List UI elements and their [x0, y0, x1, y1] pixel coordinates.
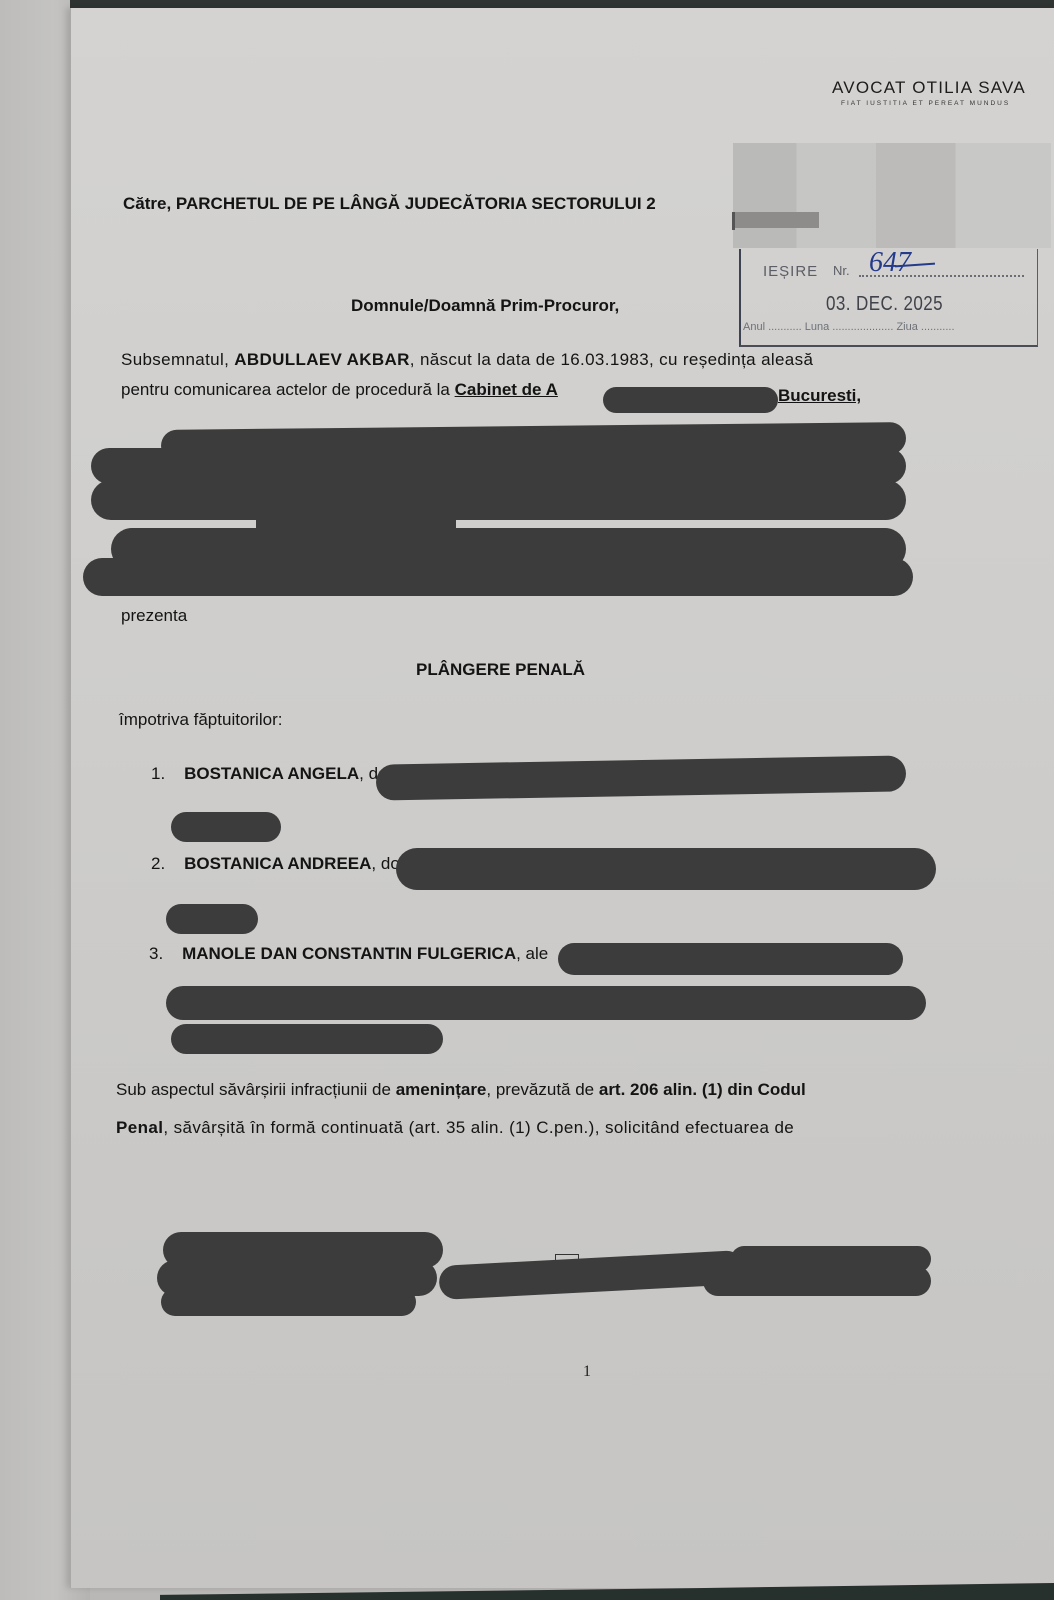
redaction-mark: [603, 387, 778, 413]
intro-birth-info: , născut la data de 16.03.1983, cu reșed…: [410, 350, 813, 369]
addressee-line: Către, PARCHETUL DE PE LÂNGĂ JUDECĂTORIA…: [123, 194, 656, 214]
charge-text: , prevăzută de: [486, 1080, 598, 1099]
text-cursor-bar: [732, 212, 735, 230]
list-number: 1.: [151, 764, 165, 783]
perpetrator-address-partial: , ale: [516, 944, 548, 963]
pixelated-redaction-dark: [733, 212, 819, 228]
intro-line-2: pentru comunicarea actelor de procedură …: [121, 380, 558, 400]
redaction-mark: [438, 1250, 744, 1300]
redaction-mark: [171, 1024, 443, 1054]
complainant-name: ABDULLAEV AKBAR: [234, 350, 410, 369]
letterhead-motto: FIAT IUSTITIA ET PEREAT MUNDUS: [841, 100, 1010, 107]
salutation: Domnule/Doamnă Prim-Procuror,: [351, 296, 619, 316]
perpetrator-item-2: 2. BOSTANICA ANDREEA, dom: [151, 854, 414, 874]
charge-text: , săvârșită în formă continuată (art. 35…: [163, 1118, 794, 1137]
list-number: 2.: [151, 854, 165, 873]
prezenta-text: prezenta: [121, 606, 187, 626]
document-title: PLÂNGERE PENALĂ: [416, 660, 585, 680]
intro-line-1: Subsemnatul, ABDULLAEV AKBAR, născut la …: [121, 350, 813, 370]
list-number: 3.: [149, 944, 163, 963]
stamp-date: 03. DEC. 2025: [826, 293, 943, 316]
legal-article: art. 206 alin. (1) din Codul: [599, 1080, 806, 1099]
addressee-prefix: Către,: [123, 194, 171, 213]
charge-text: Sub aspectul săvârșirii infracțiunii de: [116, 1080, 396, 1099]
charge-line-2: Penal, săvârșită în formă continuată (ar…: [116, 1118, 794, 1138]
redaction-mark: [166, 986, 926, 1020]
pixelated-redaction: [733, 143, 1051, 248]
stamp-label: IEȘIRE: [763, 263, 818, 280]
intro-procedure-text: pentru comunicarea actelor de procedură …: [121, 380, 450, 399]
perpetrator-name: MANOLE DAN CONSTANTIN FULGERICA: [182, 944, 516, 963]
office-name-partial: Cabinet de A: [455, 380, 558, 399]
redaction-mark: [161, 1288, 416, 1316]
page-number: 1: [583, 1363, 591, 1381]
redaction-mark: [91, 448, 906, 484]
redaction-mark: [171, 812, 281, 842]
redaction-mark: [91, 480, 906, 520]
redaction-mark: [83, 558, 913, 596]
against-label: împotriva făptuitorilor:: [119, 710, 282, 730]
perpetrator-item-3: 3. MANOLE DAN CONSTANTIN FULGERICA, ale: [149, 944, 548, 964]
stamp-date-labels: Anul ........... Luna ..................…: [743, 321, 955, 333]
addressee-institution: PARCHETUL DE PE LÂNGĂ JUDECĂTORIA SECTOR…: [176, 194, 656, 213]
redaction-mark: [396, 848, 936, 890]
intro-prefix: Subsemnatul,: [121, 350, 229, 369]
office-city: Bucuresti,: [778, 386, 861, 406]
offense-name: amenințare: [396, 1080, 487, 1099]
charge-line-1: Sub aspectul săvârșirii infracțiunii de …: [116, 1080, 806, 1100]
perpetrator-name: BOSTANICA ANGELA: [184, 764, 359, 783]
registry-stamp: IEȘIRE Nr. 647 03. DEC. 2025 Anul ......…: [739, 249, 1038, 347]
redaction-mark: [703, 1266, 931, 1296]
document-page: AVOCAT OTILIA SAVA FIAT IUSTITIA ET PERE…: [70, 8, 1054, 1588]
letterhead-name: AVOCAT OTILIA SAVA: [832, 78, 1026, 98]
legal-code: Penal: [116, 1118, 163, 1137]
redaction-mark: [558, 943, 903, 975]
redaction-mark: [376, 755, 907, 800]
perpetrator-name: BOSTANICA ANDREEA: [184, 854, 371, 873]
redaction-mark: [166, 904, 258, 934]
stamp-handwritten-number: 647: [869, 247, 911, 279]
stamp-nr-label: Nr.: [833, 263, 850, 278]
